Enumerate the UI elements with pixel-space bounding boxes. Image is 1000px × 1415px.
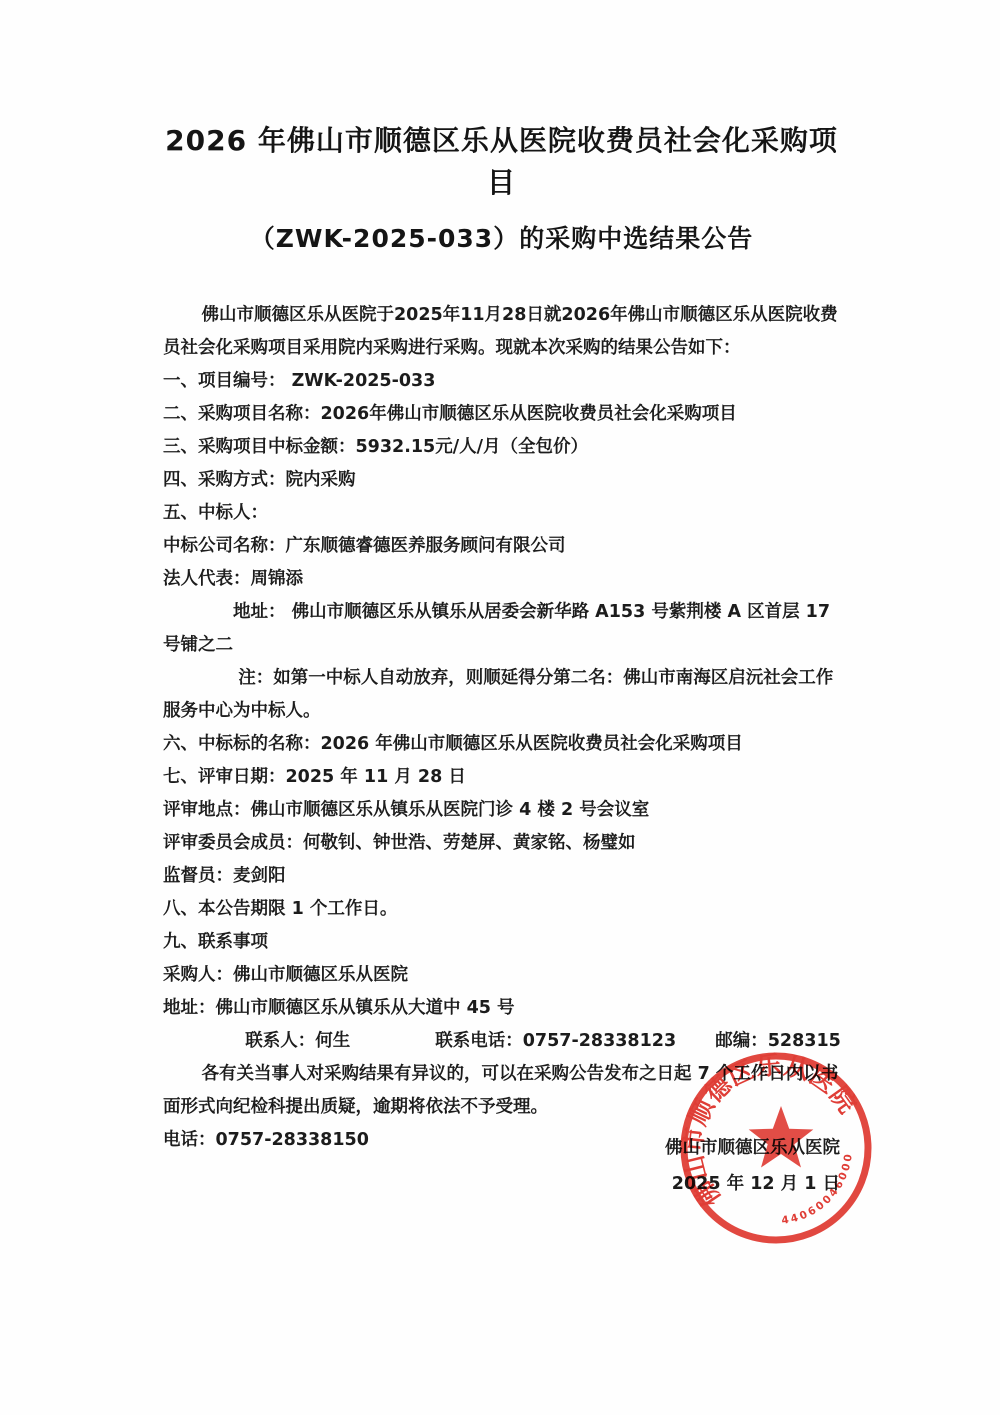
winner-company-name: 中标公司名称：广东顺德睿德医养服务顾问有限公司 — [163, 530, 840, 563]
intro-paragraph: 佛山市顺德区乐从医院于2025年11月28日就2026年佛山市顺德区乐从医院收费… — [163, 299, 840, 365]
doc-title-line2: （ZWK-2025-033）的采购中选结果公告 — [163, 219, 840, 259]
buyer-name: 采购人：佛山市顺德区乐从医院 — [163, 959, 840, 992]
item-project-number: 一、项目编号： ZWK-2025-033 — [163, 365, 840, 398]
doc-body: 佛山市顺德区乐从医院于2025年11月28日就2026年佛山市顺德区乐从医院收费… — [163, 299, 840, 1157]
contact-person: 联系人：何生 — [245, 1025, 435, 1058]
winner-address: 地址： 佛山市顺德区乐从镇乐从居委会新华路 A153 号紫荆楼 A 区首层 17… — [163, 596, 840, 662]
document-page: 2026 年佛山市顺德区乐从医院收费员社会化采购项目 （ZWK-2025-033… — [0, 0, 1000, 1415]
item-review-date: 七、评审日期：2025 年 11 月 28 日 — [163, 761, 840, 794]
review-location: 评审地点：佛山市顺德区乐从镇乐从医院门诊 4 楼 2 号会议室 — [163, 794, 840, 827]
winner-legal-representative: 法人代表：周锦添 — [163, 563, 840, 596]
item-procurement-method: 四、采购方式：院内采购 — [163, 464, 840, 497]
review-supervisor: 监督员：麦剑阳 — [163, 860, 840, 893]
seal-star-icon — [749, 1106, 814, 1168]
item-winner-heading: 五、中标人： — [163, 497, 840, 530]
official-seal-stamp: 佛山市顺德区乐从医院 4406004600051 — [676, 1050, 876, 1250]
item-contact-heading: 九、联系事项 — [163, 926, 840, 959]
item-award-subject-name: 六、中标标的名称：2026 年佛山市顺德区乐从医院收费员社会化采购项目 — [163, 728, 840, 761]
review-committee-members: 评审委员会成员：何敬钊、钟世浩、劳楚屏、黄家铭、杨璧如 — [163, 827, 840, 860]
document-content: 2026 年佛山市顺德区乐从医院收费员社会化采购项目 （ZWK-2025-033… — [163, 120, 840, 1157]
item-announcement-period: 八、本公告期限 1 个工作日。 — [163, 893, 840, 926]
contact-phone: 联系电话：0757-28338123 — [435, 1025, 715, 1058]
buyer-address: 地址：佛山市顺德区乐从镇乐从大道中 45 号 — [163, 992, 840, 1025]
item-project-name: 二、采购项目名称：2026年佛山市顺德区乐从医院收费员社会化采购项目 — [163, 398, 840, 431]
item-award-amount: 三、采购项目中标金额：5932.15元/人/月（全包价） — [163, 431, 840, 464]
winner-note: 注：如第一中标人自动放弃，则顺延得分第二名：佛山市南海区启沅社会工作服务中心为中… — [163, 662, 840, 728]
doc-title-line1: 2026 年佛山市顺德区乐从医院收费员社会化采购项目 — [163, 120, 840, 204]
